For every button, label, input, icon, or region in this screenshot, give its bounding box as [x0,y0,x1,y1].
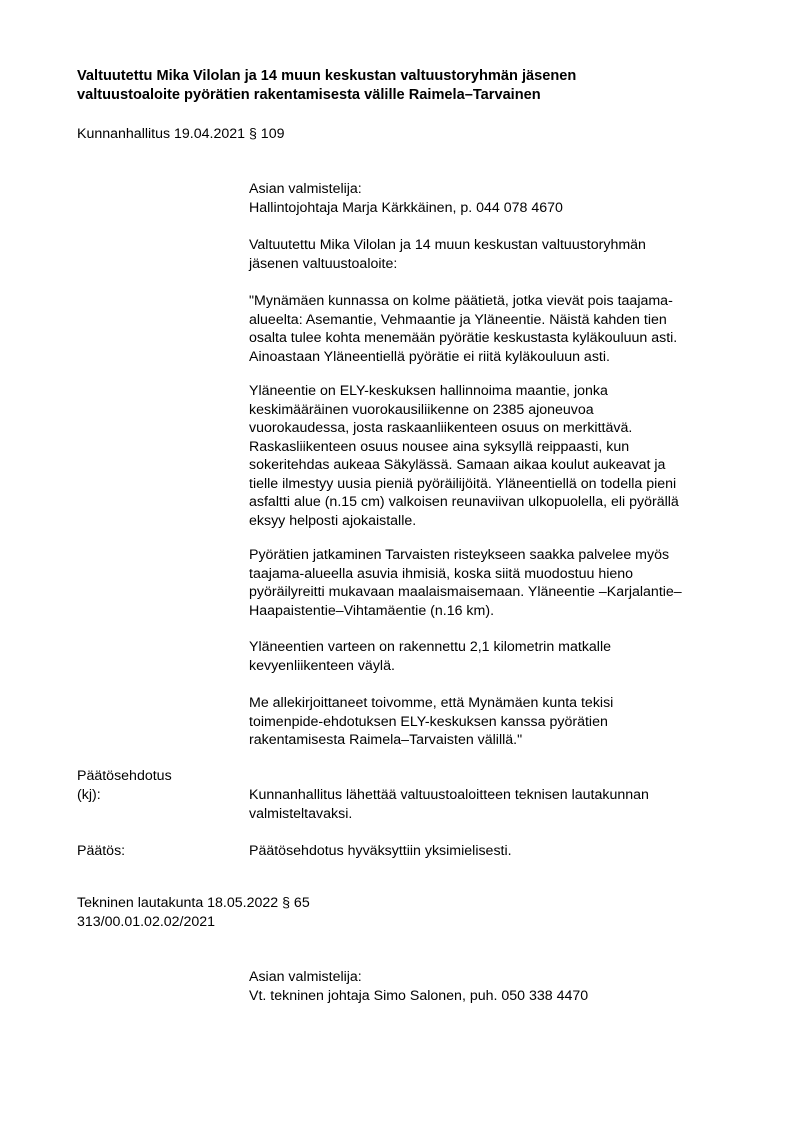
preparer-name: Vt. tekninen johtaja Simo Salonen, puh. … [249,987,588,1006]
quote-line: Pyörätien jatkaminen Tarvaisten risteyks… [249,546,682,565]
title-line: valtuustoaloite pyörätien rakentamisesta… [77,86,737,105]
quote-line: toimenpide-ehdotuksen ELY-keskuksen kans… [249,713,613,732]
meeting-heading-kunnanhallitus: Kunnanhallitus 19.04.2021 § 109 [77,125,284,143]
decision-label: Päätös: [77,842,125,860]
preparer-block-1: Asian valmistelija: Hallintojohtaja Marj… [249,180,563,217]
quote-paragraph-4: Yläneentien varteen on rakennettu 2,1 ki… [249,638,611,675]
meeting-heading-tekninen-lautakunta: Tekninen lautakunta 18.05.2022 § 65 [77,894,310,912]
quote-line: Haapaistentie–Vihtamäentie (n.16 km). [249,602,682,621]
proposal-line: valmisteltavaksi. [249,805,649,824]
quote-line: tielle ilmestyy uusia pieniä pyöräilijöi… [249,475,679,494]
quote-line: Raskasliikenteen osuus nousee aina syksy… [249,438,679,457]
intro-line: jäsenen valtuustoaloite: [249,255,646,274]
quote-line: Yläneentien varteen on rakennettu 2,1 ki… [249,638,611,657]
quote-paragraph-1: "Mynämäen kunnassa on kolme päätietä, jo… [249,292,677,366]
quote-line: taajama-alueella asuvia ihmisiä, koska s… [249,565,682,584]
initiative-intro: Valtuutettu Mika Vilolan ja 14 muun kesk… [249,236,646,273]
quote-line: pyöräilyreitti mukavaan maalaismaisemaan… [249,583,682,602]
quote-line: "Mynämäen kunnassa on kolme päätietä, jo… [249,292,677,311]
quote-line: asfaltti alue (n.15 cm) valkoisen reunav… [249,493,679,512]
quote-line: eksyy helposti ajokaistalle. [249,512,679,531]
preparer-label: Asian valmistelija: [249,180,563,199]
quote-line: Me allekirjoittaneet toivomme, että Mynä… [249,694,613,713]
quote-line: vuorokaudessa, josta raskaanliikenteen o… [249,419,679,438]
quote-line: kevyenliikenteen väylä. [249,657,611,676]
quote-line: Yläneentie on ELY-keskuksen hallinnoima … [249,382,679,401]
quote-line: osalta tulee kohta menemään pyörätie kes… [249,329,677,348]
document-title: Valtuutettu Mika Vilolan ja 14 muun kesk… [77,67,737,105]
intro-line: Valtuutettu Mika Vilolan ja 14 muun kesk… [249,236,646,255]
proposal-label: Päätösehdotus [77,767,172,785]
title-line: Valtuutettu Mika Vilolan ja 14 muun kesk… [77,67,737,86]
preparer-block-2: Asian valmistelija: Vt. tekninen johtaja… [249,968,588,1005]
proposal-line: Kunnanhallitus lähettää valtuustoaloitte… [249,786,649,805]
document-page: Valtuutettu Mika Vilolan ja 14 muun kesk… [0,0,794,1122]
proposal-text: Kunnanhallitus lähettää valtuustoaloitte… [249,786,649,823]
quote-line: rakentamisesta Raimela–Tarvaisten välill… [249,731,613,750]
quote-paragraph-2: Yläneentie on ELY-keskuksen hallinnoima … [249,382,679,530]
preparer-name: Hallintojohtaja Marja Kärkkäinen, p. 044… [249,199,563,218]
quote-line: keskimääräinen vuorokausiliikenne on 238… [249,401,679,420]
quote-line: alueelta: Asemantie, Vehmaantie ja Yläne… [249,311,677,330]
preparer-label: Asian valmistelija: [249,968,588,987]
quote-line: Ainoastaan Yläneentiellä pyörätie ei rii… [249,348,677,367]
record-number: 313/00.01.02.02/2021 [77,913,215,931]
quote-paragraph-3: Pyörätien jatkaminen Tarvaisten risteyks… [249,546,682,620]
decision-text: Päätösehdotus hyväksyttiin yksimielisest… [249,842,512,860]
proposal-label-kj: (kj): [77,786,101,804]
quote-paragraph-5: Me allekirjoittaneet toivomme, että Mynä… [249,694,613,750]
quote-line: sokeritehdas aukeaa Säkylässä. Samaan ai… [249,456,679,475]
